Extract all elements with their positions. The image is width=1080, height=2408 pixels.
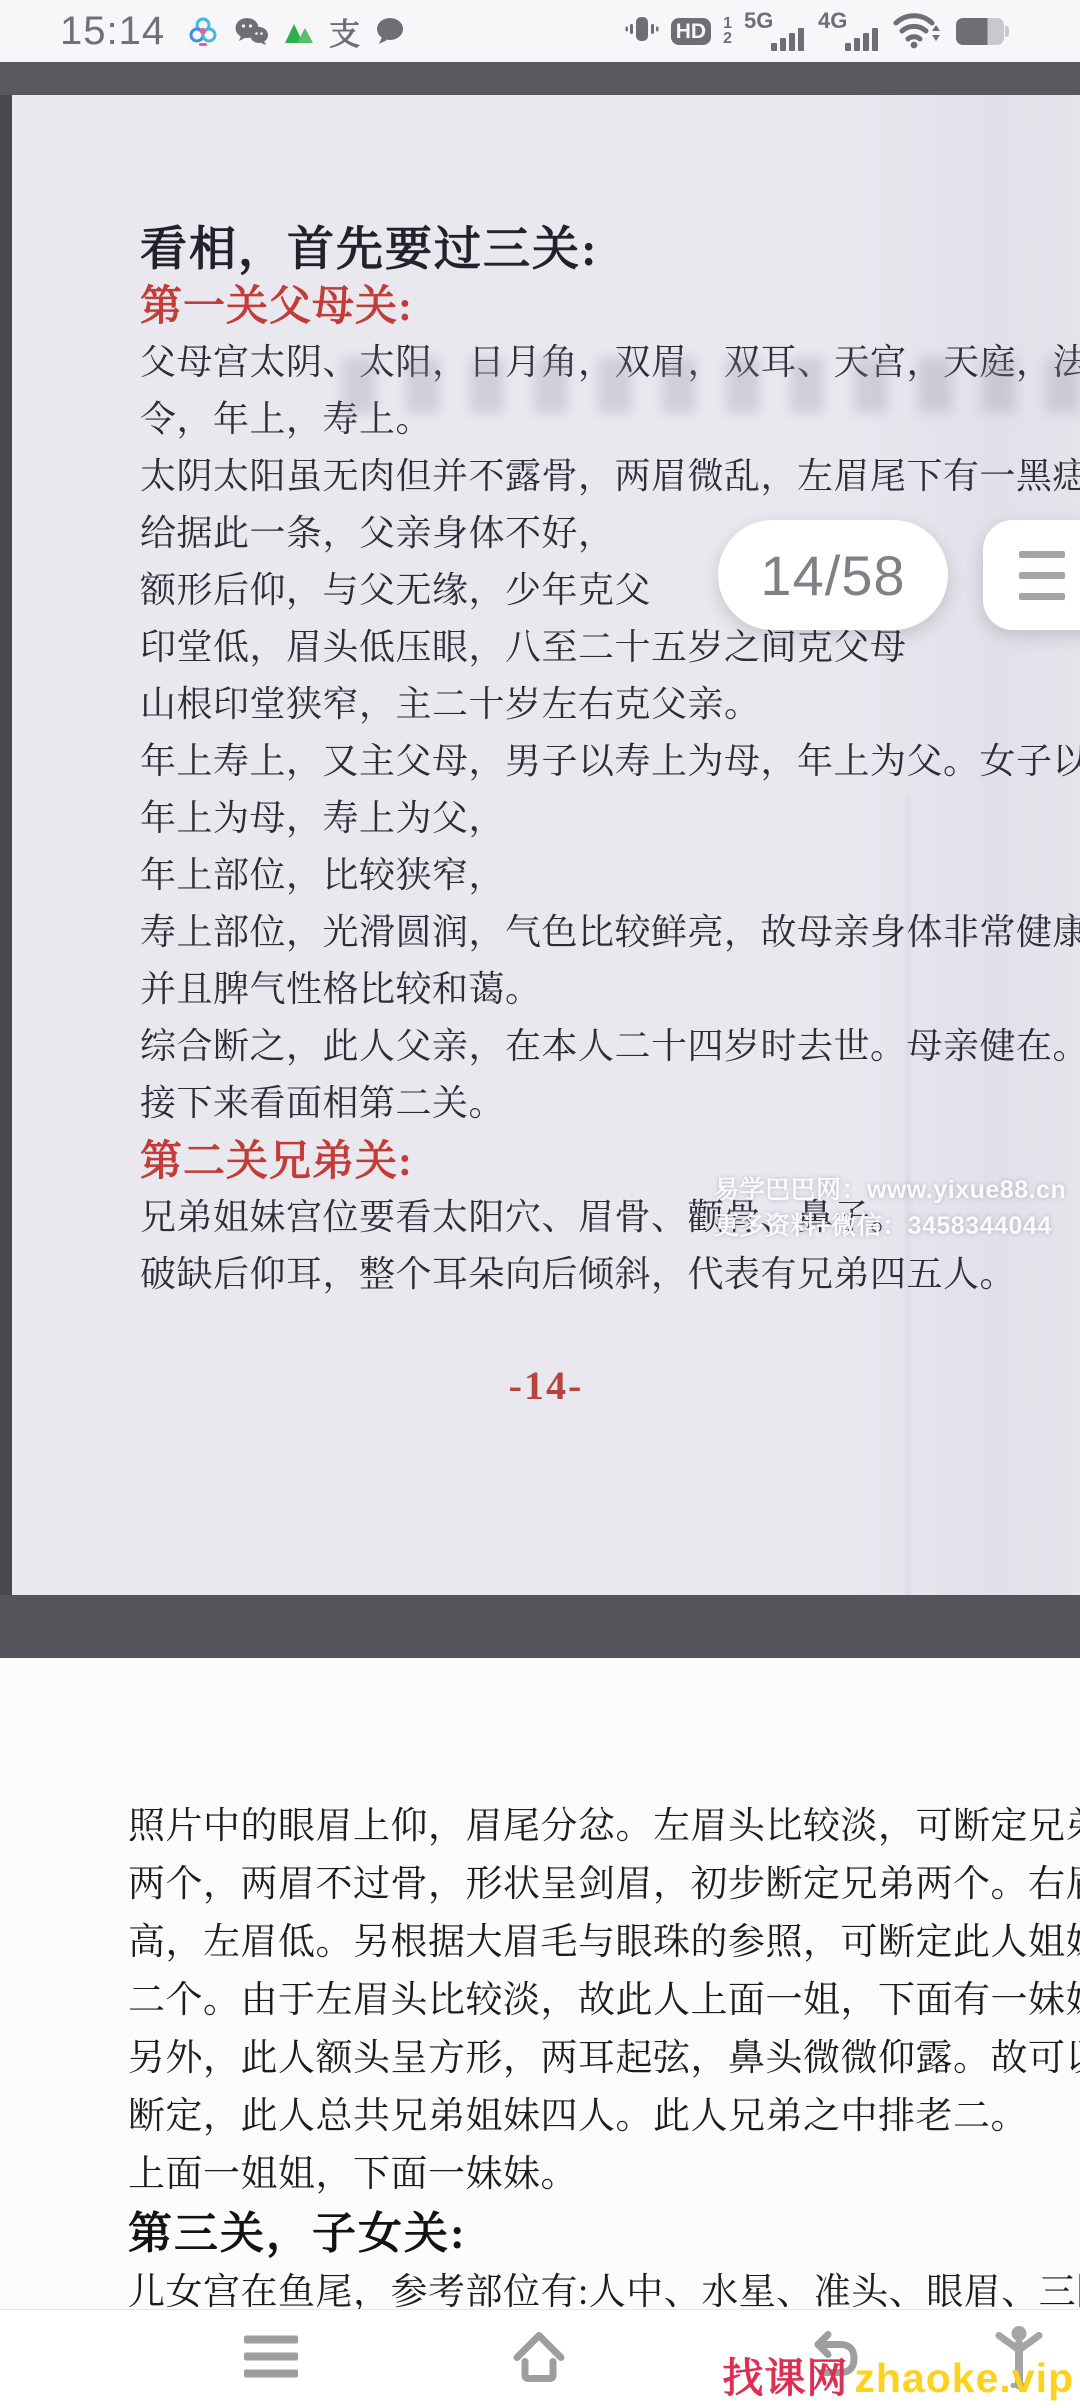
sim2-label: 2 — [723, 31, 732, 46]
site-domain: zhaoke.vip — [854, 2355, 1074, 2401]
body-line: 综合断之，此人父亲，在本人二十四岁时去世。母亲健在。 — [140, 1018, 1080, 1069]
body-line: 年上部位，比较狭窄， — [140, 847, 505, 898]
network-type-5g: 5G — [744, 8, 773, 34]
section1-heading: 第一关父母关: — [140, 273, 413, 333]
mountains-icon — [283, 17, 315, 45]
body-line: 两个，两眉不过骨，形状呈剑眉，初步断定兄弟两个。右眉 — [128, 1853, 1080, 1907]
sim1-label: 1 — [723, 16, 732, 31]
hd-voice-badge: HD — [671, 18, 711, 45]
dual-sim-indicator: 1 2 — [723, 16, 732, 46]
contents-menu-button[interactable] — [983, 520, 1080, 630]
home-button[interactable] — [507, 2328, 571, 2391]
menu-button[interactable] — [242, 2332, 300, 2387]
body-line: 另外，此人额头呈方形，两耳起弦，鼻头微微仰露。故可以 — [128, 2027, 1080, 2081]
message-icon — [374, 17, 406, 45]
menu-icon — [1019, 551, 1065, 558]
wechat-icon — [233, 16, 269, 46]
printed-page-number: -14- — [509, 1362, 584, 1409]
body-line: 高，左眉低。另根据大眉毛与眼珠的参照，可断定此人姐妹 — [128, 1911, 1080, 1965]
network-type-4g: 4G — [818, 8, 847, 34]
alipay-icon: 支 — [329, 9, 360, 54]
body-line: 山根印堂狭窄，主二十岁左右克父亲。 — [140, 676, 761, 727]
body-line: 年上为母，寿上为父， — [140, 790, 505, 841]
body-line: 太阴太阳虽无肉但并不露骨，两眉微乱，左眉尾下有一黑痣。 — [140, 448, 1080, 499]
reader-background-strip — [0, 62, 1080, 95]
document-page-14[interactable]: 看相，首先要过三关: 第一关父母关: 父母宫太阴、太阳，日月角，双眉，双耳、天宫… — [12, 95, 1080, 1595]
source-watermark-line2: 更多资料+微信：3458344044 — [714, 1208, 1066, 1244]
mitu-icon — [187, 15, 219, 47]
body-line: 额形后仰，与父无缘，少年克父 — [140, 562, 651, 613]
section3-heading: 第三关，子女关: — [128, 2197, 467, 2261]
body-line: 上面一姐姐，下面一妹妹。 — [128, 2143, 578, 2197]
wifi-icon — [892, 9, 942, 54]
vibrate-icon — [625, 12, 659, 51]
signal-bars-sim1 — [771, 28, 804, 51]
doc-title: 看相，首先要过三关: — [140, 212, 599, 279]
scan-bleedthrough — [342, 357, 1080, 413]
body-line: 断定，此人总共兄弟姐妹四人。此人兄弟之中排老二。 — [128, 2085, 1028, 2139]
body-line: 二个。由于左眉头比较淡，故此人上面一姐，下面有一妹妹。 — [128, 1969, 1080, 2023]
site-name: 找课网 — [722, 2355, 848, 2401]
section2-heading: 第二关兄弟关: — [140, 1128, 413, 1188]
body-line: 并且脾气性格比较和蔼。 — [140, 961, 542, 1012]
clock: 15:14 — [60, 9, 165, 54]
body-line: 儿女宫在鱼尾，参考部位有:人中、水星、准头、眼眉、三阴 — [128, 2261, 1080, 2315]
body-line: 给据此一条，父亲身体不好， — [140, 505, 615, 556]
signal-sim2: 4G — [818, 8, 880, 54]
body-line: 年上寿上，又主父母，男子以寿上为母，年上为父。女子以 — [140, 733, 1080, 784]
page-separator — [0, 1595, 1080, 1658]
blank-line — [140, 1300, 952, 1357]
signal-sim1: 5G — [744, 8, 806, 54]
body-line: 破缺后仰耳，整个耳朵向后倾斜，代表有兄弟四五人。 — [140, 1246, 1016, 1297]
page-indicator-pill[interactable]: 14/58 — [718, 520, 948, 630]
document-page-15[interactable]: 照片中的眼眉上仰，眉尾分忿。左眉头比较淡，可断定兄弟 两个，两眉不过骨，形状呈剑… — [0, 1658, 1080, 2408]
battery-icon — [956, 18, 1004, 45]
status-bar: 15:14 — [0, 0, 1080, 62]
body-line: 照片中的眼眉上仰，眉尾分忿。左眉头比较淡，可断定兄弟 — [128, 1795, 1080, 1849]
source-watermark: 易学巴巴网：www.yixue88.cn 更多资料+微信：3458344044 — [714, 1172, 1066, 1244]
source-watermark-line1: 易学巴巴网：www.yixue88.cn — [714, 1172, 1066, 1208]
site-branding: 找课网zhaoke.vip — [722, 2345, 1074, 2404]
signal-bars-sim2 — [845, 28, 878, 51]
body-line: 接下来看面相第二关。 — [140, 1075, 505, 1126]
body-line: 寿上部位，光滑圆润，气色比较鲜亮，故母亲身体非常健康， — [140, 904, 1080, 955]
